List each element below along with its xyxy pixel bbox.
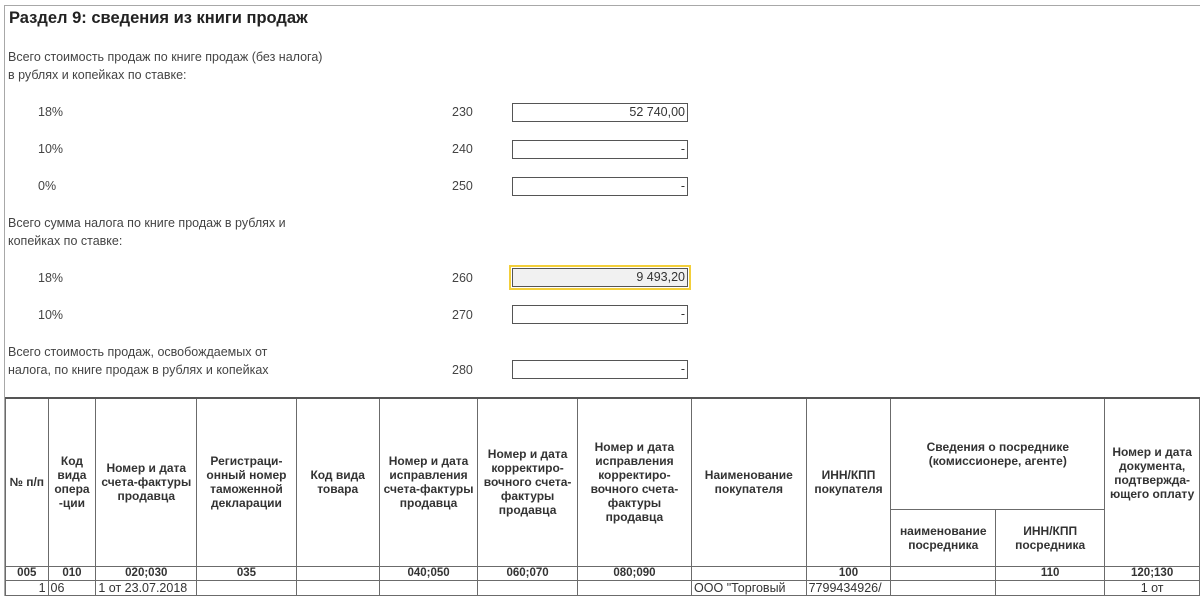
exempt-block-label: Всего стоимость продаж, освобождаемых от…: [8, 343, 269, 379]
code-cell: [891, 566, 996, 580]
cell-goods-code[interactable]: [296, 580, 379, 595]
cell-num[interactable]: 1: [6, 580, 49, 595]
rate-label-10: 10%: [38, 142, 63, 156]
line-code-250: 250: [452, 179, 473, 193]
cell-buyer-inn[interactable]: 7799434926/: [806, 580, 891, 595]
code-cell: 060;070: [478, 566, 577, 580]
cell-op-code[interactable]: 06: [48, 580, 96, 595]
cell-adjust[interactable]: [478, 580, 577, 595]
header-correction: Номер и дата исправления счета-фактуры п…: [379, 398, 478, 566]
exempt-label-line2: налога, по книге продаж в рублях и копей…: [8, 361, 269, 379]
sales-book-table: № п/п Код вида опера -ции Номер и дата с…: [5, 397, 1200, 596]
cell-payment-doc[interactable]: 1 от: [1105, 580, 1200, 595]
header-customs: Регистраци-онный номер таможенной деклар…: [197, 398, 296, 566]
code-cell: 005: [6, 566, 49, 580]
header-payment-doc: Номер и дата документа, подтвержда-ющего…: [1105, 398, 1200, 566]
code-cell: 010: [48, 566, 96, 580]
rate-label-18: 18%: [38, 105, 63, 119]
code-cell: 110: [996, 566, 1105, 580]
cell-adjust-correction[interactable]: [577, 580, 691, 595]
header-buyer-name: Наименование покупателя: [692, 398, 807, 566]
cost-label-line1: Всего стоимость продаж по книге продаж (…: [8, 48, 322, 66]
code-cell: 040;050: [379, 566, 478, 580]
line-code-240: 240: [452, 142, 473, 156]
header-op-code: Код вида опера -ции: [48, 398, 96, 566]
field-240[interactable]: -: [512, 140, 688, 159]
cell-correction[interactable]: [379, 580, 478, 595]
code-cell: [692, 566, 807, 580]
header-buyer-inn: ИНН/КПП покупателя: [806, 398, 891, 566]
header-adjust-correction: Номер и дата исправления корректиро-вочн…: [577, 398, 691, 566]
cell-intermediary-name[interactable]: [891, 580, 996, 595]
header-invoice: Номер и дата счета-фактуры продавца: [96, 398, 197, 566]
code-cell: 020;030: [96, 566, 197, 580]
cell-invoice[interactable]: 1 от 23.07.2018: [96, 580, 197, 595]
field-230[interactable]: 52 740,00: [512, 103, 688, 122]
field-280[interactable]: -: [512, 360, 688, 379]
cell-buyer-name[interactable]: ООО "Торговый: [692, 580, 807, 595]
cost-block-label: Всего стоимость продаж по книге продаж (…: [8, 48, 322, 84]
tax-label-line1: Всего сумма налога по книге продаж в руб…: [8, 214, 286, 232]
code-cell: 100: [806, 566, 891, 580]
line-code-270: 270: [452, 308, 473, 322]
code-cell: 120;130: [1105, 566, 1200, 580]
exempt-label-line1: Всего стоимость продаж, освобождаемых от: [8, 343, 269, 361]
line-code-230: 230: [452, 105, 473, 119]
code-cell: 080;090: [577, 566, 691, 580]
line-code-260: 260: [452, 271, 473, 285]
line-code-280: 280: [452, 363, 473, 377]
cost-label-line2: в рублях и копейках по ставке:: [8, 66, 322, 84]
field-270[interactable]: -: [512, 305, 688, 324]
code-cell: 035: [197, 566, 296, 580]
rate-label-0: 0%: [38, 179, 56, 193]
table-row[interactable]: 1 06 1 от 23.07.2018 ООО "Торговый 77994…: [6, 580, 1200, 595]
tax-label-line2: копейках по ставке:: [8, 232, 286, 250]
cell-customs[interactable]: [197, 580, 296, 595]
tax-rate-label-18: 18%: [38, 271, 63, 285]
section-title: Раздел 9: сведения из книги продаж: [9, 9, 308, 28]
header-intermediary-inn: ИНН/КПП посредника: [996, 509, 1105, 566]
tax-rate-label-10: 10%: [38, 308, 63, 322]
field-260[interactable]: 9 493,20: [512, 268, 688, 287]
code-cell: [296, 566, 379, 580]
header-goods-code: Код вида товара: [296, 398, 379, 566]
header-num: № п/п: [6, 398, 49, 566]
header-adjust: Номер и дата корректиро-вочного счета-фа…: [478, 398, 577, 566]
field-250[interactable]: -: [512, 177, 688, 196]
header-intermediary-name: наименование посредника: [891, 509, 996, 566]
codes-row: 005 010 020;030 035 040;050 060;070 080;…: [6, 566, 1200, 580]
cell-intermediary-inn[interactable]: [996, 580, 1105, 595]
tax-block-label: Всего сумма налога по книге продаж в руб…: [8, 214, 286, 250]
header-intermediary-group: Сведения о посреднике (комиссионере, аге…: [891, 398, 1105, 509]
